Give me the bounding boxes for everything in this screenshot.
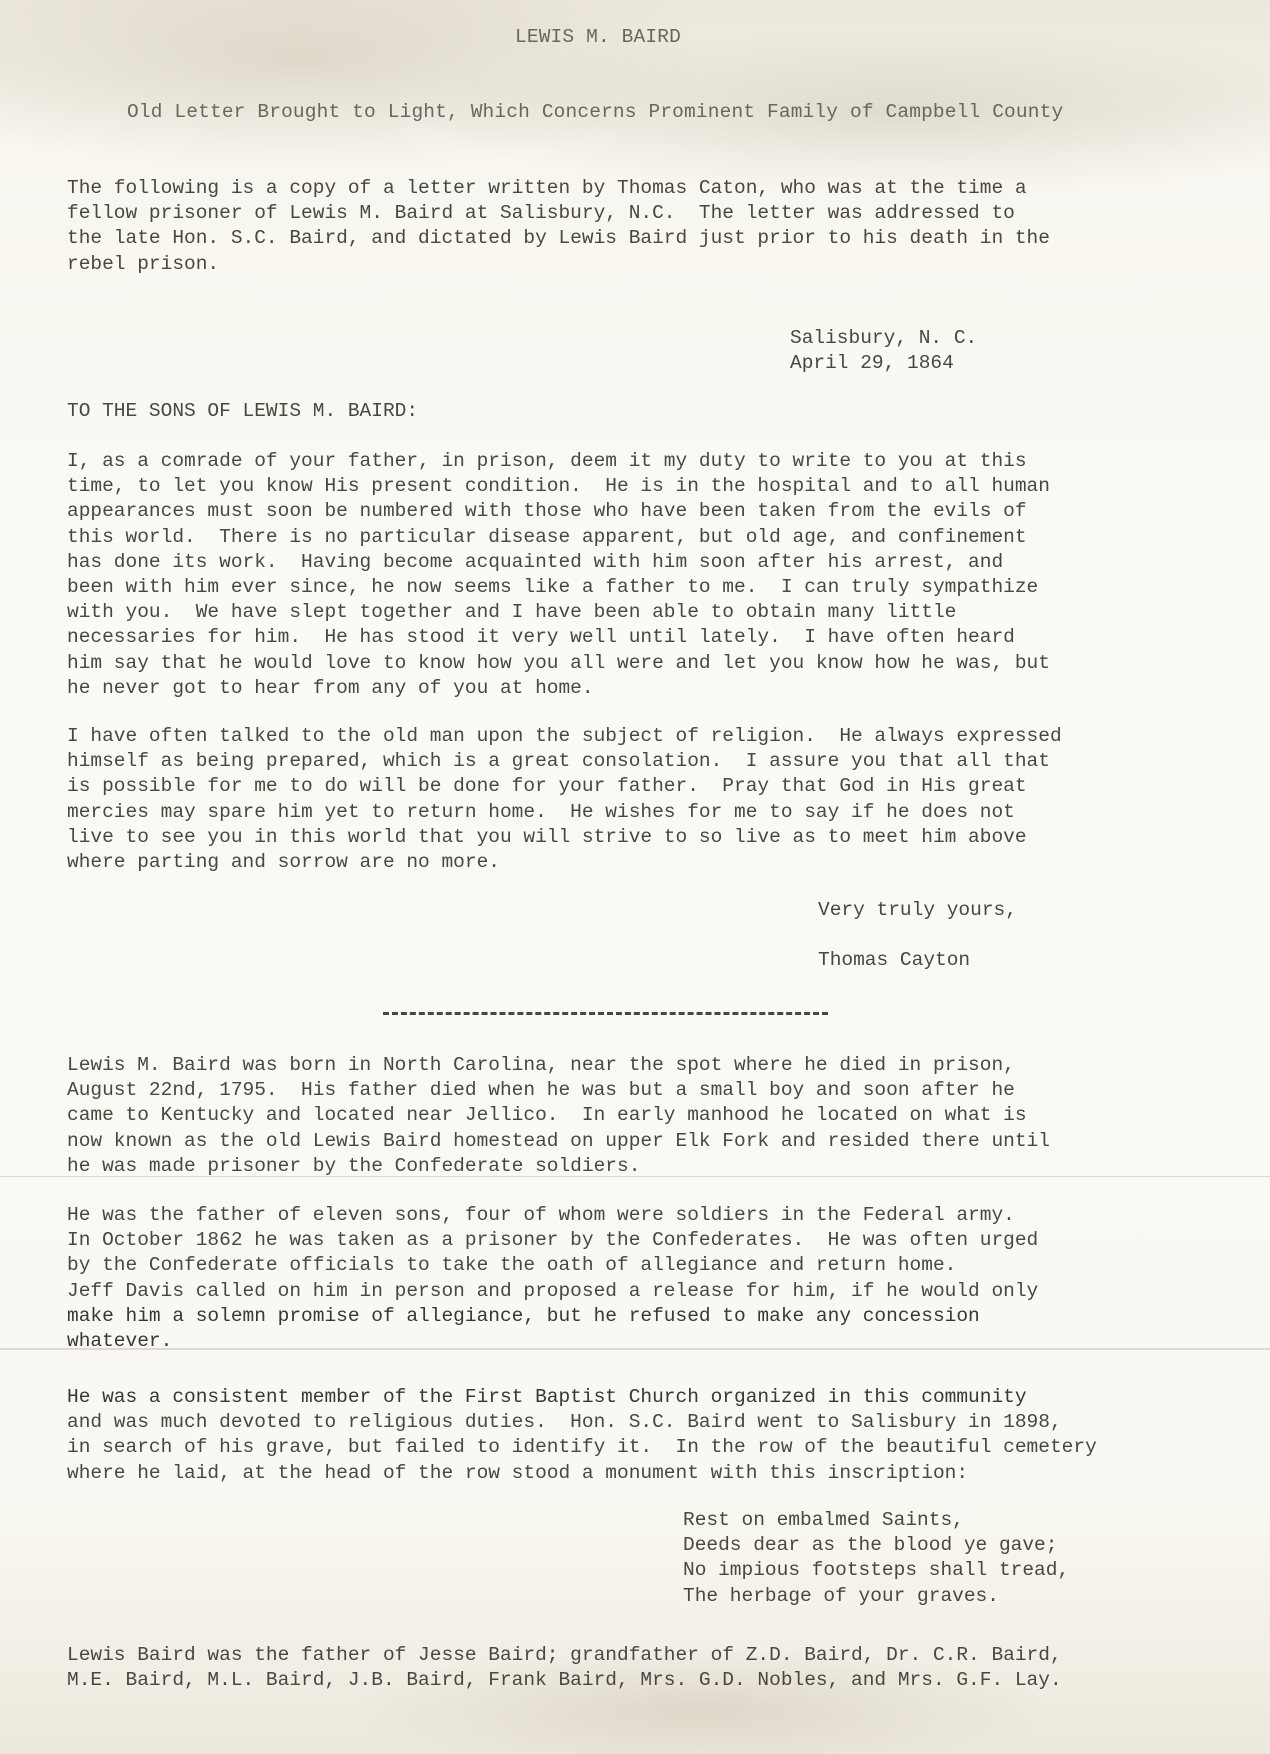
- letter-paragraph-1: I, as a comrade of your father, in priso…: [67, 449, 1050, 701]
- letter-paragraph-2: I have often talked to the old man upon …: [67, 724, 1062, 875]
- inscription-line: No impious footsteps shall tread,: [683, 1558, 1069, 1583]
- text-line: He was the father of eleven sons, four o…: [67, 1203, 1038, 1228]
- text-line: make him a solemn promise of allegiance,…: [67, 1304, 1038, 1329]
- text-line: time, to let you know His present condit…: [67, 474, 1050, 499]
- document-subtitle: Old Letter Brought to Light, Which Conce…: [127, 100, 1063, 125]
- text-line: necessaries for him. He has stood it ver…: [67, 625, 1050, 650]
- biography-paragraph-4: Lewis Baird was the father of Jesse Bair…: [67, 1643, 1062, 1693]
- text-line: is possible for me to do will be done fo…: [67, 774, 1062, 799]
- text-line: himself as being prepared, which is a gr…: [67, 749, 1062, 774]
- letter-dateline: Salisbury, N. C. April 29, 1864: [790, 326, 977, 376]
- text-line: where he laid, at the head of the row st…: [67, 1461, 1097, 1486]
- text-line: where parting and sorrow are no more.: [67, 850, 1062, 875]
- text-line: He was a consistent member of the First …: [67, 1385, 1097, 1410]
- letter-place: Salisbury, N. C.: [790, 326, 977, 351]
- text-line: this world. There is no particular disea…: [67, 525, 1050, 550]
- text-line: been with him ever since, he now seems l…: [67, 575, 1050, 600]
- signature-text: Thomas Cayton: [818, 948, 970, 973]
- text-line: M.E. Baird, M.L. Baird, J.B. Baird, Fran…: [67, 1668, 1062, 1693]
- text-line: appearances must soon be numbered with t…: [67, 499, 1050, 524]
- text-line: and was much devoted to religious duties…: [67, 1410, 1097, 1435]
- inscription-line: The herbage of your graves.: [683, 1584, 1069, 1609]
- text-line: mercies may spare him yet to return home…: [67, 800, 1062, 825]
- letter-closing: Very truly yours,: [818, 898, 1017, 923]
- letter-date: April 29, 1864: [790, 351, 977, 376]
- text-line: fellow prisoner of Lewis M. Baird at Sal…: [67, 201, 1050, 226]
- salutation-text: TO THE SONS OF LEWIS M. BAIRD:: [67, 399, 418, 424]
- text-line: whatever.: [67, 1329, 1038, 1354]
- text-line: him say that he would love to know how y…: [67, 651, 1050, 676]
- letter-salutation: TO THE SONS OF LEWIS M. BAIRD:: [67, 399, 418, 424]
- inscription-line: Deeds dear as the blood ye gave;: [683, 1533, 1069, 1558]
- document-title: LEWIS M. BAIRD: [515, 25, 681, 50]
- text-line: live to see you in this world that you w…: [67, 825, 1062, 850]
- text-line: by the Confederate officials to take the…: [67, 1253, 1038, 1278]
- closing-text: Very truly yours,: [818, 898, 1017, 923]
- text-line: with you. We have slept together and I h…: [67, 600, 1050, 625]
- inscription-line: Rest on embalmed Saints,: [683, 1508, 1069, 1533]
- section-divider: [383, 1012, 828, 1017]
- text-line: I, as a comrade of your father, in priso…: [67, 449, 1050, 474]
- text-line: now known as the old Lewis Baird homeste…: [67, 1129, 1050, 1154]
- text-line: he was made prisoner by the Confederate …: [67, 1154, 1050, 1179]
- biography-paragraph-1: Lewis M. Baird was born in North Carolin…: [67, 1053, 1050, 1179]
- intro-paragraph: The following is a copy of a letter writ…: [67, 176, 1050, 277]
- text-line: in search of his grave, but failed to id…: [67, 1435, 1097, 1460]
- monument-inscription: Rest on embalmed Saints, Deeds dear as t…: [683, 1508, 1069, 1609]
- text-line: Jeff Davis called on him in person and p…: [67, 1279, 1038, 1304]
- text-line: In October 1862 he was taken as a prison…: [67, 1228, 1038, 1253]
- text-line: Lewis Baird was the father of Jesse Bair…: [67, 1643, 1062, 1668]
- text-line: rebel prison.: [67, 252, 1050, 277]
- text-line: Lewis M. Baird was born in North Carolin…: [67, 1053, 1050, 1078]
- text-line: The following is a copy of a letter writ…: [67, 176, 1050, 201]
- text-line: I have often talked to the old man upon …: [67, 724, 1062, 749]
- text-line: August 22nd, 1795. His father died when …: [67, 1078, 1050, 1103]
- text-line: the late Hon. S.C. Baird, and dictated b…: [67, 226, 1050, 251]
- text-line: has done its work. Having become acquain…: [67, 550, 1050, 575]
- biography-paragraph-3: He was a consistent member of the First …: [67, 1385, 1097, 1486]
- text-line: he never got to hear from any of you at …: [67, 676, 1050, 701]
- letter-signature: Thomas Cayton: [818, 948, 970, 973]
- text-line: came to Kentucky and located near Jellic…: [67, 1103, 1050, 1128]
- biography-paragraph-2: He was the father of eleven sons, four o…: [67, 1203, 1038, 1354]
